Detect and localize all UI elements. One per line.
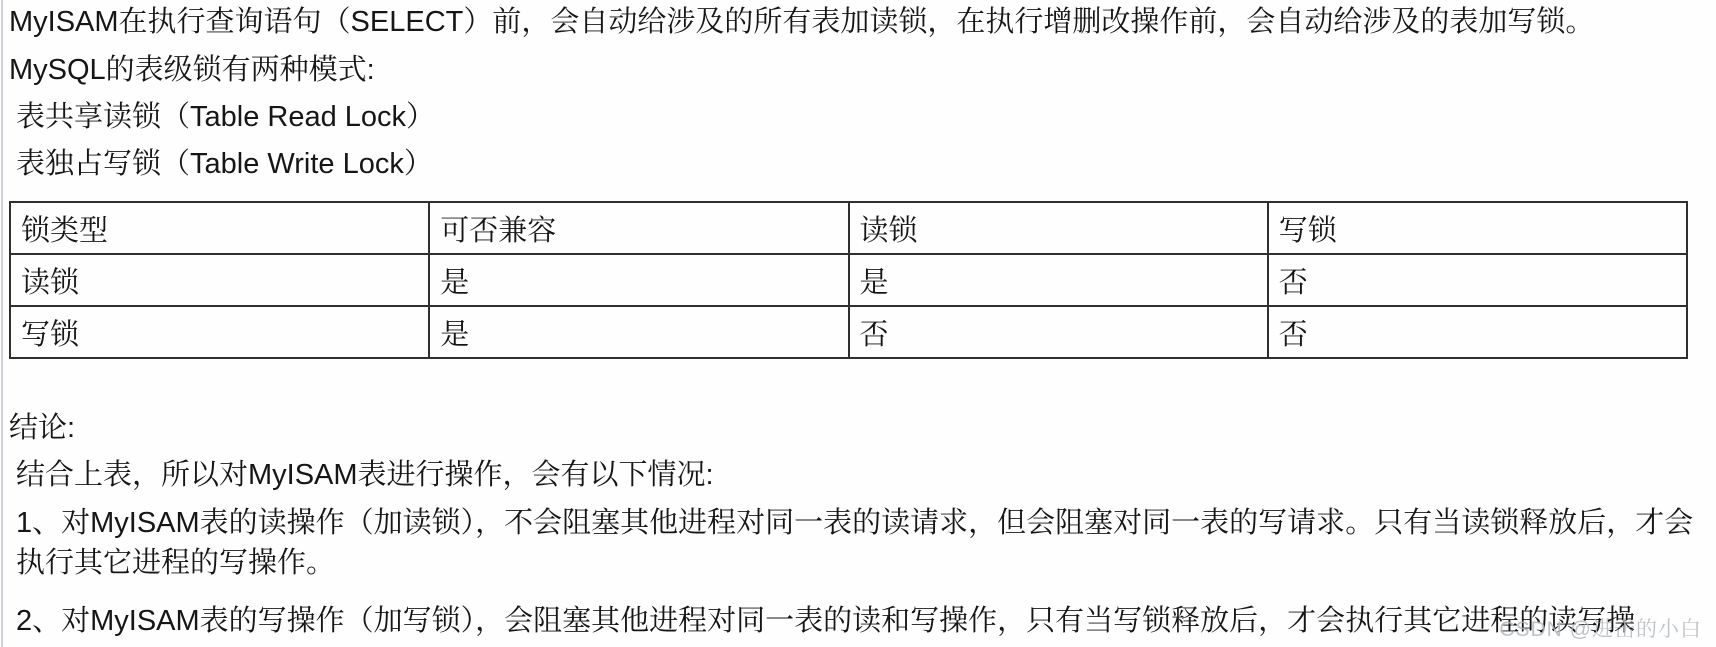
csdn-watermark: CSDN @进击的小白 (1499, 613, 1702, 643)
cell-row1-write: 否 (1268, 254, 1687, 306)
paragraph-intro: MyISAM在执行查询语句（SELECT）前，会自动给涉及的所有表加读锁，在执行… (9, 5, 1716, 39)
paragraph-point-1: 1、对MyISAM表的读操作（加读锁），不会阻塞其他进程对同一表的读请求，但会阻… (9, 503, 1716, 583)
header-cell-read-lock: 读锁 (849, 202, 1268, 254)
table-header-row: 锁类型 可否兼容 读锁 写锁 (10, 202, 1687, 254)
paragraph-conclusion-intro: 结合上表，所以对MyISAM表进行操作，会有以下情况: (9, 458, 1716, 492)
paragraph-table-read-lock: 表共享读锁（Table Read Lock） (9, 100, 1716, 134)
table-row-write-lock: 写锁 是 否 否 (10, 306, 1687, 358)
header-cell-write-lock: 写锁 (1268, 202, 1687, 254)
paragraph-conclusion-label: 结论: (9, 411, 1716, 445)
paragraph-modes-title: MySQL的表级锁有两种模式: (9, 53, 1716, 87)
header-cell-compatible: 可否兼容 (429, 202, 848, 254)
cell-row2-write: 否 (1268, 306, 1687, 358)
table-row-read-lock: 读锁 是 是 否 (10, 254, 1687, 306)
page-left-edge-line (1, 0, 3, 647)
header-cell-lock-type: 锁类型 (10, 202, 429, 254)
paragraph-table-write-lock: 表独占写锁（Table Write Lock） (9, 147, 1716, 181)
paragraph-point-2: 2、对MyISAM表的写操作（加写锁），会阻塞其他进程对同一表的读和写操作，只有… (9, 601, 1716, 641)
cell-row1-compatible: 是 (429, 254, 848, 306)
cell-row1-lock-type: 读锁 (10, 254, 429, 306)
cell-row2-lock-type: 写锁 (10, 306, 429, 358)
article-page: MyISAM在执行查询语句（SELECT）前，会自动给涉及的所有表加读锁，在执行… (0, 0, 1716, 647)
lock-compatibility-table: 锁类型 可否兼容 读锁 写锁 读锁 是 是 否 写锁 是 否 否 (9, 201, 1688, 359)
cell-row1-read: 是 (849, 254, 1268, 306)
cell-row2-read: 否 (849, 306, 1268, 358)
cell-row2-compatible: 是 (429, 306, 848, 358)
